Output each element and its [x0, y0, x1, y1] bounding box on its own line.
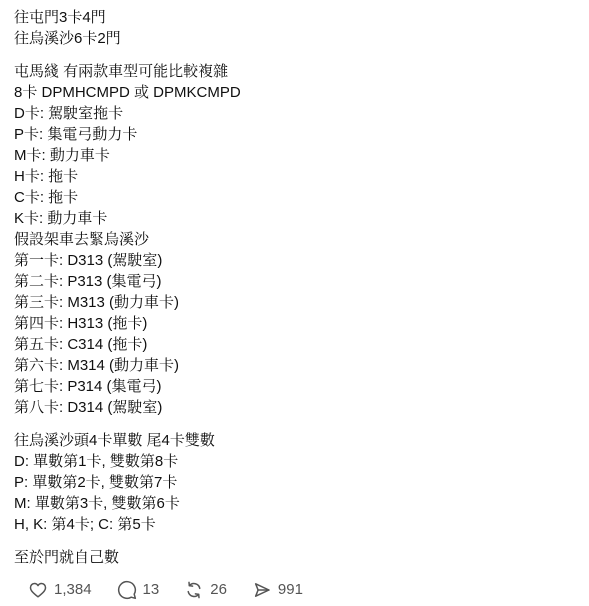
post-line: C卡: 拖卡 — [14, 187, 575, 208]
comment-icon — [117, 580, 137, 600]
post-paragraph: 屯馬綫 有兩款車型可能比較複雜 8卡 DPMHCMPD 或 DPMKCMPD D… — [14, 61, 575, 418]
repost-button[interactable]: 26 — [184, 580, 227, 600]
post-line: M: 單數第3卡, 雙數第6卡 — [14, 493, 575, 514]
repost-count: 26 — [210, 580, 227, 600]
post-line: H, K: 第4卡; C: 第5卡 — [14, 514, 575, 535]
post-line: 第一卡: D313 (駕駛室) — [14, 250, 575, 271]
post-line: 第四卡: H313 (拖卡) — [14, 313, 575, 334]
post-line: D卡: 駕駛室拖卡 — [14, 103, 575, 124]
post-line: 第六卡: M314 (動力車卡) — [14, 355, 575, 376]
like-button[interactable]: 1,384 — [28, 580, 92, 600]
post-line: 往烏溪沙6卡2門 — [14, 28, 575, 49]
post-line: P: 單數第2卡, 雙數第7卡 — [14, 472, 575, 493]
post-line: 往烏溪沙頭4卡單數 尾4卡雙數 — [14, 430, 575, 451]
post-line: P卡: 集電弓動力卡 — [14, 124, 575, 145]
post-line: 8卡 DPMHCMPD 或 DPMKCMPD — [14, 82, 575, 103]
post-paragraph: 往屯門3卡4門 往烏溪沙6卡2門 — [14, 7, 575, 49]
post-line: 第五卡: C314 (拖卡) — [14, 334, 575, 355]
post-line: 第七卡: P314 (集電弓) — [14, 376, 575, 397]
repost-icon — [184, 580, 204, 600]
post-line: H卡: 拖卡 — [14, 166, 575, 187]
post-body: 往屯門3卡4門 往烏溪沙6卡2門 屯馬綫 有兩款車型可能比較複雜 8卡 DPMH… — [0, 0, 589, 600]
post-line: 屯馬綫 有兩款車型可能比較複雜 — [14, 61, 575, 82]
share-count: 991 — [278, 580, 303, 600]
like-count: 1,384 — [54, 580, 92, 600]
post-line: 至於門就自己數 — [14, 547, 575, 568]
reply-button[interactable]: 13 — [117, 580, 160, 600]
post-line: K卡: 動力車卡 — [14, 208, 575, 229]
post-line: D: 單數第1卡, 雙數第8卡 — [14, 451, 575, 472]
post-line: 假設架車去緊烏溪沙 — [14, 229, 575, 250]
post-paragraph: 往烏溪沙頭4卡單數 尾4卡雙數 D: 單數第1卡, 雙數第8卡 P: 單數第2卡… — [14, 430, 575, 535]
post-line: 第八卡: D314 (駕駛室) — [14, 397, 575, 418]
share-button[interactable]: 991 — [252, 580, 303, 600]
post-action-bar: 1,384 13 26 991 — [14, 580, 575, 600]
post-line: M卡: 動力車卡 — [14, 145, 575, 166]
heart-icon — [28, 580, 48, 600]
share-icon — [252, 580, 272, 600]
reply-count: 13 — [143, 580, 160, 600]
post-line: 第三卡: M313 (動力車卡) — [14, 292, 575, 313]
post-line: 往屯門3卡4門 — [14, 7, 575, 28]
post-paragraph: 至於門就自己數 — [14, 547, 575, 568]
post-line: 第二卡: P313 (集電弓) — [14, 271, 575, 292]
